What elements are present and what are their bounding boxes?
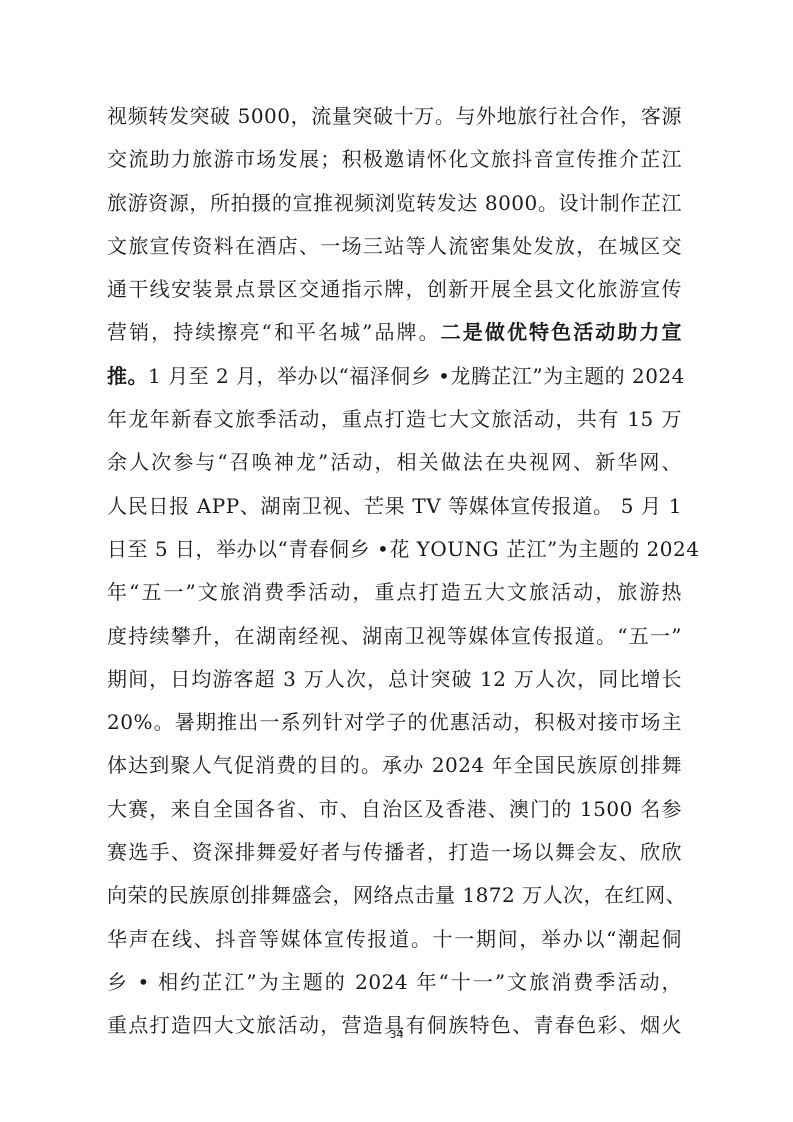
text-line: 交流助力旅游市场发展；积极邀请怀化文旅抖音宣传推介芷江 xyxy=(107,138,682,181)
body-text-segment: 年“五一”文旅消费季活动，重点打造五大文旅活动，旅游热 xyxy=(107,580,682,604)
body-text-segment: 华声在线、抖音等媒体宣传报道。十一期间，举办以“潮起侗 xyxy=(107,927,682,951)
text-line: 乡 • 相约芷江”为主题的 2024 年“十一”文旅消费季活动， xyxy=(107,961,682,1004)
body-text-segment: 文旅宣传资料在酒店、一场三站等人流密集处发放，在城区交 xyxy=(107,234,682,258)
text-line: 人民日报 APP、湖南卫视、芒果 TV 等媒体宣传报道。 5 月 1 xyxy=(107,485,682,528)
body-text-segment: 度持续攀升，在湖南经视、湖南卫视等媒体宣传报道。“五一” xyxy=(107,624,682,648)
body-text-segment: 期间，日均游客超 3 万人次，总计突破 12 万人次，同比增长 xyxy=(107,667,682,691)
body-text-segment: 20%。暑期推出一系列针对学子的优惠活动，积极对接市场主 xyxy=(107,710,682,734)
text-line: 营销，持续擦亮“和平名城”品牌。二是做优特色活动助力宣 xyxy=(107,311,682,354)
text-line: 向荣的民族原创排舞盛会，网络点击量 1872 万人次，在红网、 xyxy=(107,874,682,917)
text-line: 期间，日均游客超 3 万人次，总计突破 12 万人次，同比增长 xyxy=(107,658,682,701)
text-line: 文旅宣传资料在酒店、一场三站等人流密集处发放，在城区交 xyxy=(107,225,682,268)
text-line: 大赛，来自全国各省、市、自治区及香港、澳门的 1500 名参 xyxy=(107,788,682,831)
page-number: 34 xyxy=(0,1028,793,1041)
text-line: 度持续攀升，在湖南经视、湖南卫视等媒体宣传报道。“五一” xyxy=(107,615,682,658)
body-text-segment: 旅游资源，所拍摄的宣推视频浏览转发达 8000。设计制作芷江 xyxy=(107,191,682,215)
text-line: 旅游资源，所拍摄的宣推视频浏览转发达 8000。设计制作芷江 xyxy=(107,182,682,225)
body-text-segment: 通干线安装景点景区交通指示牌，创新开展全县文化旅游宣传 xyxy=(107,277,682,301)
body-text-segment: 日至 5 日，举办以“青春侗乡 •花 YOUNG 芷江”为主题的 2024 xyxy=(107,537,699,561)
text-line: 华声在线、抖音等媒体宣传报道。十一期间，举办以“潮起侗 xyxy=(107,918,682,961)
body-text-segment: 人民日报 APP、湖南卫视、芒果 TV 等媒体宣传报道。 5 月 1 xyxy=(107,494,682,518)
body-text-segment: 向荣的民族原创排舞盛会，网络点击量 1872 万人次，在红网、 xyxy=(107,883,686,907)
text-line: 余人次参与“召唤神龙”活动，相关做法在央视网、新华网、 xyxy=(107,441,682,484)
bold-heading-text: 二是做优特色活动助力宣 xyxy=(441,320,682,344)
text-line: 推。1 月至 2 月，举办以“福泽侗乡 •龙腾芷江”为主题的 2024 xyxy=(107,355,682,398)
document-page: 视频转发突破 5000，流量突破十万。与外地旅行社合作，客源交流助力旅游市场发展… xyxy=(0,0,793,1122)
text-line: 日至 5 日，举办以“青春侗乡 •花 YOUNG 芷江”为主题的 2024 xyxy=(107,528,682,571)
text-line: 年“五一”文旅消费季活动，重点打造五大文旅活动，旅游热 xyxy=(107,571,682,614)
body-text-segment: 营销，持续擦亮“和平名城”品牌。 xyxy=(107,320,441,344)
text-line: 视频转发突破 5000，流量突破十万。与外地旅行社合作，客源 xyxy=(107,95,682,138)
text-line: 年龙年新春文旅季活动，重点打造七大文旅活动，共有 15 万 xyxy=(107,398,682,441)
body-text-segment: 大赛，来自全国各省、市、自治区及香港、澳门的 1500 名参 xyxy=(107,797,682,821)
body-paragraph: 视频转发突破 5000，流量突破十万。与外地旅行社合作，客源交流助力旅游市场发展… xyxy=(107,95,682,1048)
body-text-segment: 乡 • 相约芷江”为主题的 2024 年“十一”文旅消费季活动， xyxy=(107,970,682,994)
body-text-segment: 余人次参与“召唤神龙”活动，相关做法在央视网、新华网、 xyxy=(107,450,682,474)
text-line: 通干线安装景点景区交通指示牌，创新开展全县文化旅游宣传 xyxy=(107,268,682,311)
body-text-segment: 视频转发突破 5000，流量突破十万。与外地旅行社合作，客源 xyxy=(107,104,682,128)
text-line: 重点打造四大文旅活动，营造具有侗族特色、青春色彩、烟火 xyxy=(107,1004,682,1047)
body-text-segment: 体达到聚人气促消费的目的。承办 2024 年全国民族原创排舞 xyxy=(107,753,682,777)
bold-heading-text: 推。 xyxy=(107,364,148,388)
text-line: 体达到聚人气促消费的目的。承办 2024 年全国民族原创排舞 xyxy=(107,744,682,787)
body-text-segment: 1 月至 2 月，举办以“福泽侗乡 •龙腾芷江”为主题的 2024 xyxy=(148,364,685,388)
text-line: 20%。暑期推出一系列针对学子的优惠活动，积极对接市场主 xyxy=(107,701,682,744)
body-text-segment: 年龙年新春文旅季活动，重点打造七大文旅活动，共有 15 万 xyxy=(107,407,682,431)
body-text-segment: 交流助力旅游市场发展；积极邀请怀化文旅抖音宣传推介芷江 xyxy=(107,147,682,171)
body-text-segment: 赛选手、资深排舞爱好者与传播者，打造一场以舞会友、欣欣 xyxy=(107,840,682,864)
text-line: 赛选手、资深排舞爱好者与传播者，打造一场以舞会友、欣欣 xyxy=(107,831,682,874)
